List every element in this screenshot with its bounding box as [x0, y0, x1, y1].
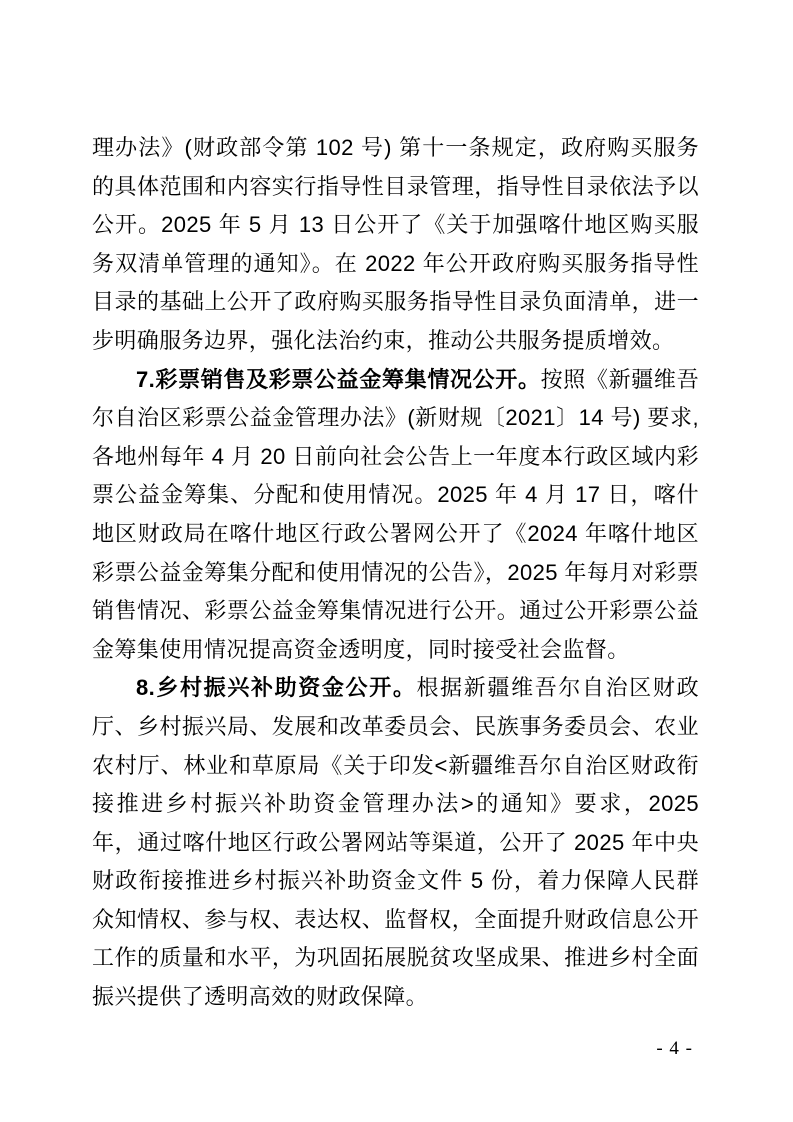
document-page: 理办法》(财政部令第 102 号) 第十一条规定，政府购买服务的具体范围和内容实… — [0, 0, 793, 1122]
page-number: - 4 - — [656, 1038, 693, 1060]
document-body: 理办法》(财政部令第 102 号) 第十一条规定，政府购买服务的具体范围和内容实… — [92, 129, 699, 1017]
paragraph-continuation: 理办法》(财政部令第 102 号) 第十一条规定，政府购买服务的具体范围和内容实… — [92, 129, 699, 361]
paragraph-text: 根据新疆维吾尔自治区财政厅、乡村振兴局、发展和改革委员会、民族事务委员会、农业农… — [92, 675, 699, 1009]
paragraph-item-7: 7.彩票销售及彩票公益金筹集情况公开。按照《新疆维吾尔自治区彩票公益金管理办法》… — [92, 361, 699, 670]
paragraph-lead: 7.彩票销售及彩票公益金筹集情况公开。 — [136, 367, 541, 392]
paragraph-lead: 8.乡村振兴补助资金公开。 — [136, 675, 416, 700]
paragraph-text: 理办法》(财政部令第 102 号) 第十一条规定，政府购买服务的具体范围和内容实… — [92, 135, 699, 353]
paragraph-text: 按照《新疆维吾尔自治区彩票公益金管理办法》(新财规〔2021〕14 号) 要求,… — [92, 367, 699, 662]
paragraph-item-8: 8.乡村振兴补助资金公开。根据新疆维吾尔自治区财政厅、乡村振兴局、发展和改革委员… — [92, 669, 699, 1016]
